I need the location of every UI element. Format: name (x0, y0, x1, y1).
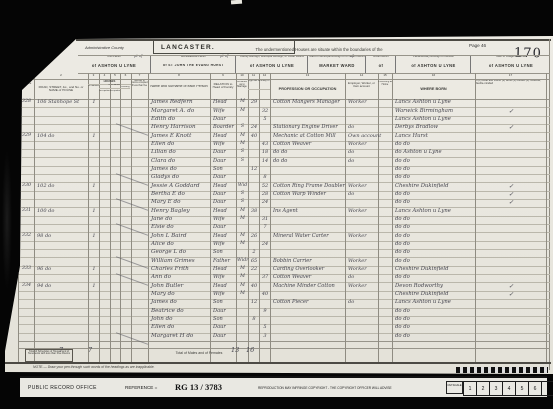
column-number: 8 (148, 74, 210, 79)
cell-a: 106 Stanhope St (35, 100, 88, 107)
cell-n: Ellen do (149, 325, 210, 332)
cell-c: M (237, 209, 248, 216)
cell-occ: Cotton Weaver (271, 275, 345, 282)
cm-scale-label: CM SCALE (446, 381, 463, 394)
cell-born: Lancs Ashton u Lyne (393, 100, 475, 107)
column-number: 2 (34, 74, 88, 79)
cell-rel: Head (211, 234, 236, 241)
cell-s: 331 (19, 209, 34, 216)
cell-occ: Cotton Piecer (271, 300, 345, 307)
column-line (131, 73, 132, 362)
cell-emp: Worker (346, 100, 378, 107)
cell-c: M (237, 109, 248, 116)
cell-rel: Head (211, 100, 236, 107)
cell-born: Cheshire Dukinfield (393, 184, 475, 191)
cell-af: 24 (260, 242, 270, 249)
cell-i: 1 (89, 184, 99, 191)
cell-n: Ann do (149, 275, 210, 282)
column-number: 12 (259, 74, 270, 79)
cell-af: 8 (260, 175, 270, 182)
cell-a: 100 do (35, 209, 88, 216)
film-splice-mark (456, 367, 548, 373)
cell-am: 65 (249, 259, 259, 266)
cell-rel: Daur (211, 192, 236, 199)
cell-born: do do (393, 159, 475, 166)
column-header: WHERE BORN (392, 87, 475, 95)
cell-n: Lilian do (149, 150, 210, 157)
column-number: 14 (345, 74, 378, 79)
cell-rel: Son (211, 317, 236, 324)
cell-c: M (237, 267, 248, 274)
cell-rel: Head (211, 184, 236, 191)
cell-born: do do (393, 309, 475, 316)
ruler-box: 1 (463, 381, 477, 396)
cell-af: 9 (260, 309, 270, 316)
totals-schedules-label: Total of Schedules of Houses and of Tene… (25, 349, 73, 362)
cell-am: 8 (249, 317, 259, 324)
cell-s: 332 (19, 234, 34, 241)
cell-s: 333 (19, 267, 34, 274)
cell-rel: Son (211, 167, 236, 174)
column-line (110, 73, 111, 362)
column-number: 17 (475, 74, 546, 79)
ruler-box-empty (542, 381, 553, 396)
cell-rel: Son (211, 300, 236, 307)
cell-born: Warwick Birmingham (393, 109, 475, 116)
cell-s: 328 (19, 100, 34, 107)
cell-c: S (237, 150, 248, 157)
column-line (270, 73, 271, 362)
cell-i: 1 (89, 134, 99, 141)
cell-rel: Daur (211, 309, 236, 316)
cell-af: 37 (260, 275, 270, 282)
cell-c: S (237, 200, 248, 207)
cell-am: 24 (249, 125, 259, 132)
totals-schedules-value: 7 (59, 347, 63, 354)
cell-occ: do do (271, 150, 345, 157)
column-number: 5 (110, 74, 120, 79)
cell-n: Charles Frith (149, 267, 210, 274)
ruler-box: 3 (490, 381, 503, 396)
uninhabited-group-line (99, 88, 130, 89)
cell-rel: Wife (211, 242, 236, 249)
film-smudge (2, 150, 12, 290)
column-number: 6 (120, 74, 131, 79)
cell-am: 40 (249, 134, 259, 141)
column-number: 13 (270, 74, 345, 79)
cell-am: 38 (249, 209, 259, 216)
cell-occ: Ins Agent (271, 209, 345, 216)
column-number: 7 (131, 74, 148, 79)
column-header: If Working at Home (378, 81, 392, 98)
frame-top (76, 39, 551, 41)
cm-ruler: 123456 (463, 381, 553, 396)
cell-inf: ✓ (476, 184, 546, 191)
cell-af: 43 (260, 142, 270, 149)
cell-n: Jessie A Goddard (149, 184, 210, 191)
cell-am: 2 (249, 250, 259, 257)
cell-rel: Head (211, 209, 236, 216)
cell-am: 12 (249, 300, 259, 307)
column-header: Condition as to Marriage (236, 81, 248, 98)
reference-label: REFERENCE = (125, 385, 157, 390)
cell-occ: Cotton Weaver (271, 142, 345, 149)
cell-emp: Worker (346, 267, 378, 274)
cell-s: 334 (19, 284, 34, 291)
cell-i: 1 (89, 267, 99, 274)
column-header: RELATION to Head of Family (210, 83, 236, 98)
cell-rel: Father (211, 259, 236, 266)
column-header: Name and Surname of each Person (148, 85, 210, 97)
frame-right (549, 39, 550, 370)
cell-born: do do (393, 217, 475, 224)
age-group-line (248, 89, 270, 90)
cell-am: 22 (249, 267, 259, 274)
cell-born: Cheshire Dukinfield (393, 292, 475, 299)
cell-emp: do (346, 275, 378, 282)
cell-n: John L Baird (149, 234, 210, 241)
column-number: 15 (378, 74, 392, 79)
cell-af: 32 (260, 109, 270, 116)
cell-rel: Wife (211, 142, 236, 149)
cell-i: 1 (89, 209, 99, 216)
cell-rel: Head (211, 134, 236, 141)
cell-a: 94 do (35, 284, 88, 291)
copyright-notice: REPRODUCTION MAY INFRINGE COPYRIGHT - TH… (258, 386, 443, 390)
cell-rel: Daur (211, 200, 236, 207)
ruler-box: 2 (477, 381, 490, 396)
cell-a: 98 do (35, 234, 88, 241)
rows-bottom-line (18, 341, 550, 342)
cell-s: 329 (19, 134, 34, 141)
cell-born: Lancs Ashton u Lyne (393, 117, 475, 124)
column-line (120, 73, 121, 362)
cell-occ: do do (271, 159, 345, 166)
cell-rel: Boarder (211, 125, 236, 132)
cell-c: M (237, 100, 248, 107)
cell-rel: Daur (211, 150, 236, 157)
cell-c: M (237, 292, 248, 299)
cell-emp: Worker (346, 184, 378, 191)
cell-inf: ✓ (476, 125, 546, 132)
cell-n: Mary do (149, 292, 210, 299)
column-number: 16 (392, 74, 475, 79)
cell-a: 102 do (35, 184, 88, 191)
cell-rel: Daur (211, 117, 236, 124)
cell-born: Devon Rodworthy (393, 284, 475, 291)
cell-n: Bertha E do (149, 192, 210, 199)
cell-c: M (237, 284, 248, 291)
column-header: Males (248, 89, 259, 98)
cell-born: do do (393, 325, 475, 332)
cell-occ: Bobbin Carrier (271, 259, 345, 266)
cell-occ: Machine Minder Cotton (271, 284, 345, 291)
headings-note: NOTE.— Draw your pen through such words … (33, 365, 155, 369)
column-line (546, 73, 547, 362)
cell-rel: Daur (211, 225, 236, 232)
cell-n: John Butler (149, 284, 210, 291)
column-header: No. of Schedule (18, 80, 34, 98)
cell-n: James do (149, 300, 210, 307)
cell-rel: Wife (211, 292, 236, 299)
district-top-line (78, 55, 550, 56)
cell-emp: do (346, 300, 378, 307)
cell-rel: Daur (211, 325, 236, 332)
cell-c: M (237, 142, 248, 149)
cell-c: S (237, 159, 248, 166)
cell-af: 24 (260, 200, 270, 207)
column-number: 10 (236, 74, 248, 79)
cell-emp: Own account (346, 134, 378, 141)
cell-a: 104 do (35, 134, 88, 141)
cell-emp: Worker (346, 234, 378, 241)
cell-inf: ✓ (476, 109, 546, 116)
cell-occ: Cotton Mangers Manager (271, 100, 345, 107)
table-left-line (18, 84, 19, 362)
cell-born: do do (393, 200, 475, 207)
cell-born: do do (393, 242, 475, 249)
cell-occ: Mineral Water Carter (271, 234, 345, 241)
cell-born: do do (393, 175, 475, 182)
totals-houses-value: 7 (88, 347, 92, 354)
cell-c: M (237, 242, 248, 249)
ruler-box: 5 (516, 381, 529, 396)
cell-born: Derbys Bradlow (393, 125, 475, 132)
cell-af: 18 (260, 150, 270, 157)
cell-rel: Daur (211, 334, 236, 341)
column-header: If (1) Deaf and Dumb (2) Blind (3) Lunat… (476, 80, 546, 98)
column-line (88, 73, 89, 362)
cell-c: S (237, 192, 248, 199)
cell-born: do do (393, 225, 475, 232)
cell-occ: Cotton Warp Winder (271, 192, 345, 199)
column-header: In occupation (99, 88, 110, 99)
totals-females-value: 16 (246, 347, 254, 354)
column-line (378, 73, 379, 362)
column-header: PROFESSION OR OCCUPATION (270, 87, 345, 95)
cell-emp: do (346, 192, 378, 199)
cell-rel: Head (211, 267, 236, 274)
column-header: Employer, Worker, or Own account (345, 82, 378, 97)
cell-rel: Daur (211, 175, 236, 182)
cell-born: do do (393, 167, 475, 174)
cell-n: John do (149, 317, 210, 324)
ruler-box: 6 (529, 381, 542, 396)
cell-n: Edith do (149, 117, 210, 124)
column-header: Females (259, 89, 270, 98)
cell-c: S (237, 125, 248, 132)
cell-af: 14 (260, 159, 270, 166)
cell-n: George L do (149, 250, 210, 257)
column-number: 9 (210, 74, 236, 79)
cell-emp: do (346, 150, 378, 157)
cell-c: Wid (237, 184, 248, 191)
pro-office-label: PUBLIC RECORD OFFICE (28, 385, 97, 391)
cell-c: M (237, 234, 248, 241)
reference-number: RG 13 / 3783 (175, 382, 222, 392)
microfilm-frame: Administrative County LANCASTER. The und… (0, 0, 553, 409)
cell-rel: Wife (211, 275, 236, 282)
column-line (345, 73, 346, 362)
cell-emp: Worker (346, 284, 378, 291)
cell-n: Henry Harrison (149, 125, 210, 132)
cell-occ: Stationary Engine Driver (271, 125, 345, 132)
cell-occ: Mechanic at Cotton Mill (271, 134, 345, 141)
cell-am: 12 (249, 167, 259, 174)
cell-n: Gladys do (149, 175, 210, 182)
cell-n: Clara do (149, 159, 210, 166)
column-header: Not in occupation (110, 88, 120, 99)
cell-n: Elsie do (149, 225, 210, 232)
cell-emp: Worker (346, 259, 378, 266)
cell-am: 26 (249, 234, 259, 241)
cell-am: 40 (249, 284, 259, 291)
cell-n: Alice do (149, 242, 210, 249)
cell-born: do do (393, 234, 475, 241)
cell-n: Ellen do (149, 142, 210, 149)
cell-n: James do (149, 167, 210, 174)
ruler-box: 4 (503, 381, 516, 396)
cell-emp: Worker (346, 209, 378, 216)
cell-a: 96 do (35, 267, 88, 274)
cell-af: 5 (260, 117, 270, 124)
cell-c: Widr (237, 259, 248, 266)
cell-af: 28 (260, 192, 270, 199)
cell-i: 1 (89, 100, 99, 107)
cell-n: Henry Bagley (149, 209, 210, 216)
census-sheet: Administrative County LANCASTER. The und… (3, 36, 553, 376)
cell-born: do Ashton u Lyne (393, 150, 475, 157)
cell-born: do do (393, 250, 475, 257)
cell-emp: do (346, 159, 378, 166)
column-number: 1 (18, 74, 34, 79)
cell-n: Margaret A. do (149, 109, 210, 116)
column-line (34, 73, 35, 362)
totals-top-line (18, 348, 550, 349)
cell-af: 5 (260, 325, 270, 332)
cell-am: 29 (249, 100, 259, 107)
cell-c: M (237, 217, 248, 224)
cell-i: 1 (89, 284, 99, 291)
cell-s: 330 (19, 184, 34, 191)
cell-emp: Worker (346, 142, 378, 149)
cell-c: M (237, 275, 248, 282)
cell-rel: Son (211, 250, 236, 257)
cell-af: 7 (260, 225, 270, 232)
cell-born: Lancs Ashton u Lyne (393, 300, 475, 307)
column-number: 3 (88, 74, 99, 79)
column-number: 11 (248, 74, 259, 79)
cell-rel: Head (211, 284, 236, 291)
column-line (475, 73, 476, 362)
cell-born: Lancs Ashton u Lyne (393, 209, 475, 216)
cell-af: 3 (260, 334, 270, 341)
cell-n: Beatrice do (149, 309, 210, 316)
column-header: In-habited (88, 85, 99, 98)
cell-born: do do (393, 192, 475, 199)
cell-rel: Wife (211, 109, 236, 116)
cell-inf: ✓ (476, 292, 546, 299)
cell-born: Lancs Hurst (393, 134, 475, 141)
cell-born: do do (393, 259, 475, 266)
column-line (99, 73, 100, 362)
totals-males-value: 13 (231, 347, 239, 354)
column-header: ROAD, STREET, &c., and No. or NAME of HO… (34, 86, 88, 98)
cell-af: 40 (260, 292, 270, 299)
cell-n: William Grimes (149, 259, 210, 266)
cell-born: do do (393, 334, 475, 341)
cell-born: Cheshire Dukinfield (393, 267, 475, 274)
cell-inf: ✓ (476, 200, 546, 207)
cell-born: do do (393, 275, 475, 282)
column-header: Number of rooms occupied if less than fi… (131, 80, 148, 98)
film-edge-mark (231, 0, 242, 4)
column-number: 4 (99, 74, 110, 79)
cell-n: James E Knott (149, 134, 210, 141)
pro-footer-strip: PUBLIC RECORD OFFICE REFERENCE = RG 13 /… (20, 376, 547, 397)
cell-inf: ✓ (476, 284, 546, 291)
cell-af: 31 (260, 217, 270, 224)
cell-af: 52 (260, 184, 270, 191)
cell-n: Margaret H do (149, 334, 210, 341)
cell-n: James Redfern (149, 100, 210, 107)
cell-emp: do (346, 125, 378, 132)
cell-born: do do (393, 317, 475, 324)
cell-n: Jane do (149, 217, 210, 224)
cell-rel: Daur (211, 159, 236, 166)
cell-rel: Wife (211, 217, 236, 224)
cell-inf: ✓ (476, 192, 546, 199)
cell-born: do do (393, 142, 475, 149)
cell-occ: Cotton Ring Frame Doubler (271, 184, 345, 191)
cell-i: 1 (89, 234, 99, 241)
cell-occ: Carding Overlooker (271, 267, 345, 274)
cell-n: Mary E do (149, 200, 210, 207)
cell-c: M (237, 134, 248, 141)
census-table: 1234567891011121314151617No. of Schedule… (3, 36, 553, 376)
